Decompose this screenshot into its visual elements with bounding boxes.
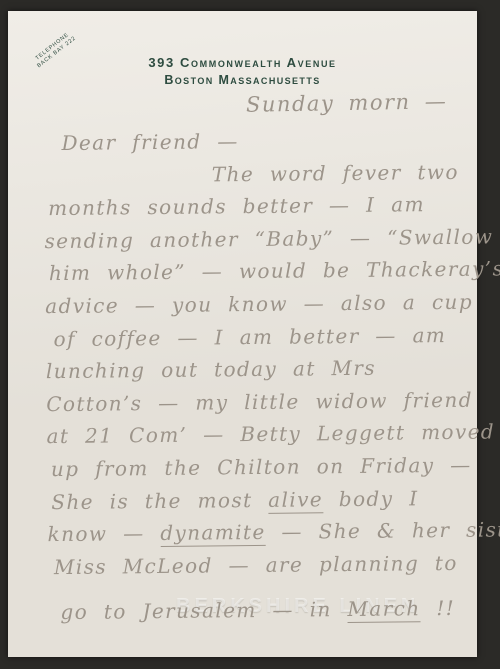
letter-text: months sounds better — I am [48,192,425,220]
letter-line: lunching out today at Mrs [46,355,461,392]
letter-line: him whole” — would be Thackeray’s [45,257,460,294]
letter-line: months sounds better — I am [44,192,459,229]
underlined-word: dynamite [160,520,266,547]
letter-text: sending another “Baby” — “Swallow [44,224,493,253]
letter-text: body I [323,486,419,511]
letterhead-address-line1: 393 Commonwealth Avenue [8,55,477,70]
letter-text: him whole” — would be Thackeray’s [49,257,500,286]
letter-line: sending another “Baby” — “Swallow [44,225,459,262]
letter-line: know — dynamite — She & her sister [47,518,462,555]
letter-text: up from the Chilton on Friday — [51,453,472,481]
underlined-word: alive [268,487,323,514]
letterhead-address-line2: Boston Massachusetts [8,73,477,87]
letter-line: The word fever two [44,159,459,196]
letter-text: Dear friend — [61,129,238,155]
letter-text: lunching out today at Mrs [46,356,376,383]
letter-line: She is the most alive body I [47,485,462,522]
letter-line: go to Jerusalem — in March !! [48,596,463,633]
letterhead: 393 Commonwealth Avenue Boston Massachus… [8,55,477,87]
letter-text: She is the most [51,487,268,513]
letter-text: advice — you know — also a cup [45,290,473,318]
letter-body: Dear friend —The word fever twomonths so… [43,127,463,633]
letter-line: at 21 Com’ — Betty Leggett moved [46,420,461,457]
letter-line: Miss McLeod — are planning to [48,551,463,588]
date-line: Sunday morn — [246,89,448,117]
letter-line: Dear friend — [43,127,458,164]
letter-line: Cotton’s — my little widow friend [46,388,461,425]
letter-text: Miss McLeod — are planning to [54,551,458,579]
letter-text: — She & her sister [265,517,500,544]
letter-text: !! [420,596,455,620]
letter-text: at 21 Com’ — Betty Leggett moved [46,420,495,449]
letter-line: of coffee — I am better — am [45,322,460,359]
letter-text: Cotton’s — my little widow friend [46,387,473,415]
letter-text: The word fever two [212,159,459,186]
underlined-word: March [347,597,420,624]
letter-text: go to Jerusalem — in [60,597,347,624]
letter-line: advice — you know — also a cup [45,290,460,327]
letter-paper: Telephone Back Bay 222 393 Commonwealth … [8,11,477,657]
letter-line: up from the Chilton on Friday — [47,453,462,490]
letter-text: know — [47,521,160,546]
photo-backdrop: { "page": { "background_color": "#2b2a27… [0,0,500,669]
letter-text: of coffee — I am better — am [53,323,446,351]
